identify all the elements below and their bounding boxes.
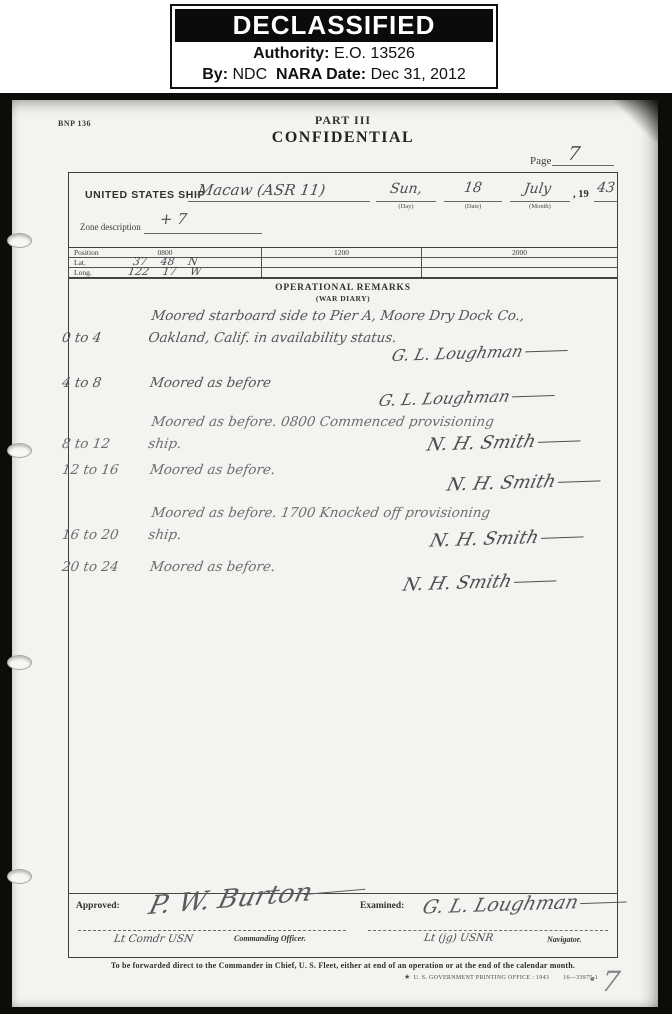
day-caption: (Day) [376, 203, 436, 210]
navigator-title: Navigator. [547, 935, 581, 944]
binder-hole [7, 233, 32, 248]
declassified-stamp: DECLASSIFIED Authority: E.O. 13526 By: N… [170, 4, 498, 89]
entry-signature: N. H. Smith [384, 432, 624, 453]
date-caption: (Date) [444, 203, 502, 210]
month-caption: (Month) [510, 203, 570, 210]
part-heading: PART III [68, 113, 618, 128]
scanned-war-diary-page: DECLASSIFIED Authority: E.O. 13526 By: N… [0, 0, 672, 1024]
authority-value: E.O. 13526 [334, 45, 415, 62]
entry-time: 8 to 12 [60, 433, 151, 455]
entry-text: Moored as before [148, 372, 272, 394]
position-label: Position [74, 248, 99, 257]
gpo-text: U. S. GOVERNMENT PRINTING OFFICE : 1943 [414, 975, 550, 981]
gpo-line: ★U. S. GOVERNMENT PRINTING OFFICE : 1943… [404, 973, 598, 981]
entry-signature: N. H. Smith [404, 472, 644, 493]
longitude-row: Long.122 17 W [69, 268, 617, 278]
approved-signature-line [78, 912, 346, 931]
approved-rank-handwritten: Lt Comdr USN [113, 933, 194, 945]
scan-corner-smudge [614, 100, 658, 142]
page-number-blank [552, 150, 614, 166]
star-icon: ★ [404, 973, 411, 981]
operational-remarks-title: OPERATIONAL REMARKS [68, 283, 618, 293]
signature-name: N. H. Smith [401, 569, 560, 595]
binder-hole [7, 443, 32, 458]
lat-2000-cell [421, 258, 617, 267]
long-label: Long. [74, 268, 92, 277]
position-table: Position0800 1200 2000 Lat.37 48 N Long.… [68, 247, 618, 279]
binder-hole [7, 869, 32, 884]
by-value: NDC [232, 66, 267, 83]
entry-time: 12 to 16 [60, 459, 151, 481]
lat-label: Lat. [74, 258, 86, 267]
entry-signature: N. H. Smith [387, 528, 627, 549]
lat-1200-cell [261, 258, 421, 267]
signature-name: N. H. Smith [425, 429, 584, 455]
ship-name-handwritten: Macaw (ASR 11) [197, 181, 327, 199]
signature-name: G. L. Loughman [377, 385, 558, 410]
long-2000-cell [421, 268, 617, 277]
commanding-officer-title: Commanding Officer. [234, 934, 306, 943]
zone-description-label: Zone description [80, 222, 141, 232]
long-1200-cell [261, 268, 421, 277]
month-handwritten: July [523, 181, 552, 197]
entry-time: 4 to 8 [60, 372, 151, 394]
nara-date-value: Dec 31, 2012 [371, 66, 466, 83]
entry-signature: N. H. Smith [360, 572, 600, 593]
examined-rank-handwritten: Lt (jg) USNR [423, 932, 494, 944]
entry-signature: G. L. Loughman [360, 343, 600, 363]
signature-name: N. H. Smith [428, 525, 587, 551]
binder-hole [7, 655, 32, 670]
war-diary-subtitle: (WAR DIARY) [68, 294, 618, 303]
time-2000: 2000 [421, 248, 617, 257]
page-label: Page [530, 155, 551, 167]
document-page: BNP 136 PART III CONFIDENTIAL Page 7 UNI… [12, 100, 658, 1007]
stamp-authority-line: Authority: E.O. 13526 [175, 44, 493, 63]
entry-signature: G. L. Loughman [347, 388, 587, 408]
long-value-handwritten: 122 17 W [128, 268, 202, 276]
entry-time: 16 to 20 [60, 524, 151, 546]
day-handwritten: Sun, [389, 181, 423, 197]
examined-label: Examined: [360, 901, 404, 911]
nara-date-label: NARA Date: [276, 66, 366, 83]
zone-description-handwritten: + 7 [159, 210, 188, 228]
signature-name: N. H. Smith [445, 469, 604, 495]
entry-time: 20 to 24 [60, 556, 151, 578]
signature-name: G. L. Loughman [390, 340, 571, 365]
stamp-by-line: By: NDC NARA Date: Dec 31, 2012 [175, 65, 493, 84]
time-1200: 1200 [261, 248, 421, 257]
entry-text: Moored as before. [148, 556, 276, 578]
entry-text: Moored as before. [148, 459, 276, 481]
date-handwritten: 18 [463, 180, 483, 196]
authority-label: Authority: [253, 45, 329, 62]
approved-label: Approved: [76, 901, 120, 911]
by-label: By: [202, 66, 228, 83]
year-handwritten: 43 [596, 180, 616, 196]
bottom-page-number-handwritten: 7 [588, 965, 622, 998]
year-prefix: , 19 [573, 189, 589, 200]
examined-signature-line [368, 912, 608, 931]
forwarding-note: To be forwarded direct to the Commander … [68, 961, 618, 970]
declassified-title: DECLASSIFIED [175, 9, 493, 42]
scan-background: BNP 136 PART III CONFIDENTIAL Page 7 UNI… [0, 93, 672, 1014]
entry-time: 0 to 4 [60, 327, 151, 349]
classification-heading: CONFIDENTIAL [68, 129, 618, 147]
